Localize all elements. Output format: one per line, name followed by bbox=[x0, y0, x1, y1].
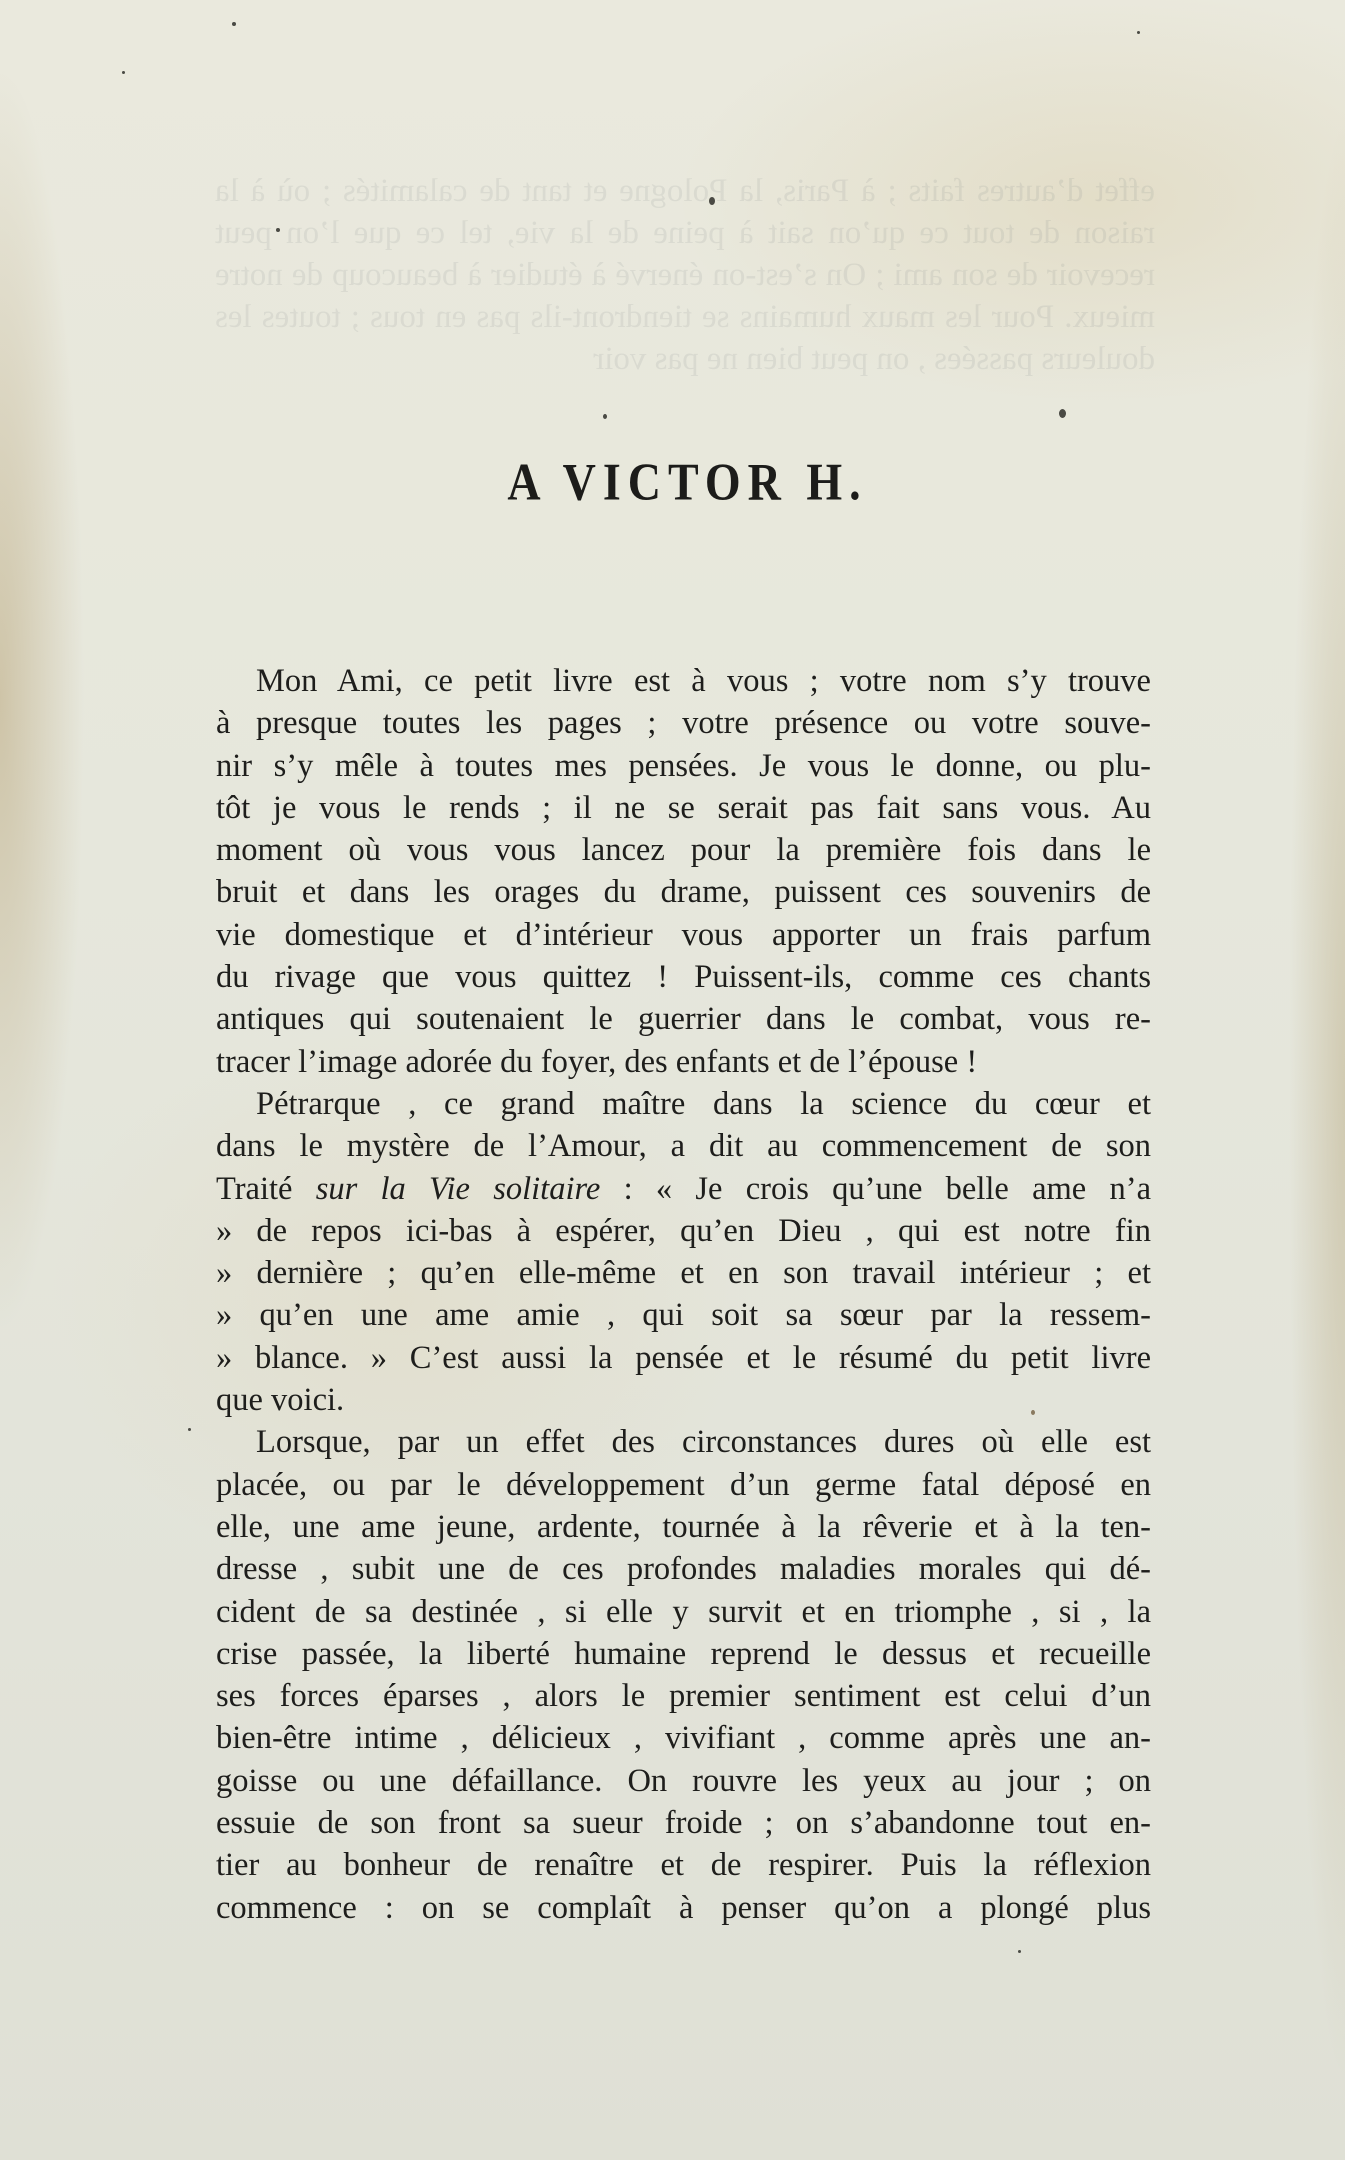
text-line: Lorsque, par un effet des circonstances … bbox=[216, 1421, 1151, 1463]
text-segment: : « Je crois qu’une belle ame n’a bbox=[600, 1171, 1151, 1207]
text-line: tracer l’image adorée du foyer, des enfa… bbox=[216, 1041, 1151, 1083]
text-line: tôt je vous le rends ; il ne se serait p… bbox=[216, 787, 1151, 829]
text-line: goisse ou une défaillance. On rouvre les… bbox=[216, 1760, 1151, 1802]
text-line: antiques qui soutenaient le guerrier dan… bbox=[216, 998, 1151, 1040]
text-segment: Traité bbox=[216, 1171, 316, 1207]
text-line: elle, une ame jeune, ardente, tournée à … bbox=[216, 1506, 1151, 1548]
text-line: Traité sur la Vie solitaire : « Je crois… bbox=[216, 1168, 1151, 1210]
text-line: » de repos ici-bas à espérer, qu’en Dieu… bbox=[216, 1210, 1151, 1252]
text-line: vie domestique et d’intérieur vous appor… bbox=[216, 914, 1151, 956]
paper-speck bbox=[709, 197, 715, 205]
text-line: bruit et dans les orages du drame, puiss… bbox=[216, 871, 1151, 913]
text-line: Pétrarque , ce grand maître dans la scie… bbox=[216, 1083, 1151, 1125]
text-line: crise passée, la liberté humaine reprend… bbox=[216, 1633, 1151, 1675]
paper-speck bbox=[188, 1428, 191, 1431]
text-line: moment où vous vous lancez pour la premi… bbox=[216, 829, 1151, 871]
paper-speck bbox=[1031, 1410, 1035, 1415]
dedication-title: A VICTOR H. bbox=[0, 451, 1345, 512]
text-line: que voici. bbox=[216, 1379, 1151, 1421]
text-line: ses forces éparses , alors le premier se… bbox=[216, 1675, 1151, 1717]
text-line: nir s’y mêle à toutes mes pensées. Je vo… bbox=[216, 745, 1151, 787]
paper-speck bbox=[1137, 31, 1140, 34]
paragraph: Pétrarque , ce grand maître dans la scie… bbox=[216, 1083, 1151, 1421]
text-line: dans le mystère de l’Amour, a dit au com… bbox=[216, 1125, 1151, 1167]
text-line: du rivage que vous quittez ! Puissent-il… bbox=[216, 956, 1151, 998]
text-line: tier au bonheur de renaître et de respir… bbox=[216, 1844, 1151, 1886]
paper-speck bbox=[603, 414, 607, 419]
book-title-italic: sur la Vie solitaire bbox=[316, 1171, 601, 1207]
text-line: Mon Ami, ce petit livre est à vous ; vot… bbox=[216, 660, 1151, 702]
text-line: » qu’en une ame amie , qui soit sa sœur … bbox=[216, 1294, 1151, 1336]
text-line: bien-être intime , délicieux , vivifiant… bbox=[216, 1717, 1151, 1759]
text-line: dresse , subit une de ces profondes mala… bbox=[216, 1548, 1151, 1590]
text-line: » dernière ; qu’en elle-même et en son t… bbox=[216, 1252, 1151, 1294]
text-line: placée, ou par le développement d’un ger… bbox=[216, 1464, 1151, 1506]
paper-speck bbox=[232, 22, 236, 26]
dedication-body: Mon Ami, ce petit livre est à vous ; vot… bbox=[216, 660, 1151, 1929]
book-page: effet d’autres faits ; à Paris, la Polog… bbox=[0, 0, 1345, 2160]
paragraph: Mon Ami, ce petit livre est à vous ; vot… bbox=[216, 660, 1151, 1083]
text-line: cident de sa destinée , si elle y survit… bbox=[216, 1591, 1151, 1633]
paper-speck bbox=[1059, 409, 1066, 418]
text-line: à presque toutes les pages ; votre prése… bbox=[216, 702, 1151, 744]
paragraph: Lorsque, par un effet des circonstances … bbox=[216, 1421, 1151, 1929]
paper-speck bbox=[1018, 1950, 1021, 1953]
text-line: commence : on se complaît à penser qu’on… bbox=[216, 1887, 1151, 1929]
bleed-through-text: effet d’autres faits ; à Paris, la Polog… bbox=[215, 170, 1155, 380]
text-line: » blance. » C’est aussi la pensée et le … bbox=[216, 1337, 1151, 1379]
paper-speck bbox=[276, 228, 280, 232]
text-line: essuie de son front sa sueur froide ; on… bbox=[216, 1802, 1151, 1844]
paper-speck bbox=[122, 71, 125, 74]
